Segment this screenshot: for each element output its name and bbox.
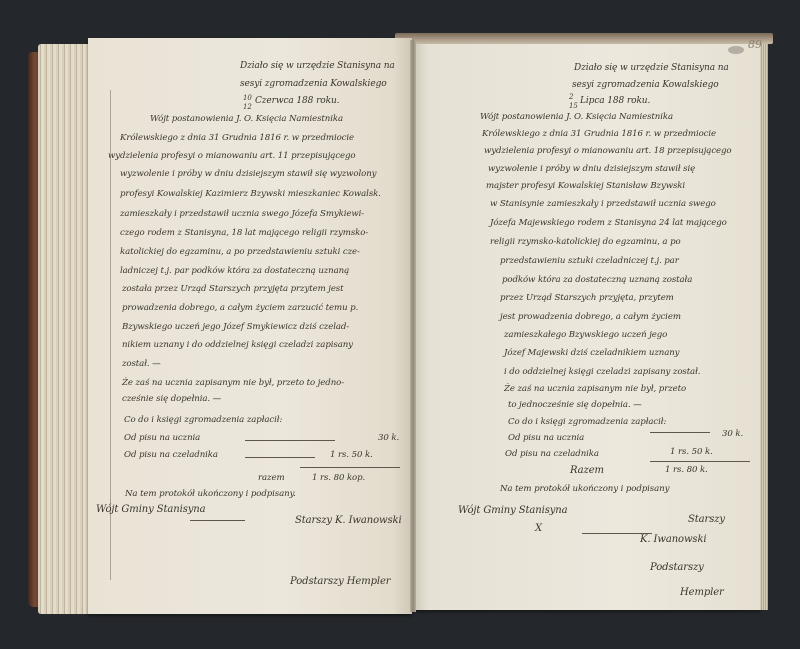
right-heading-line: Działo się w urzędzie Stanisyna na — [574, 64, 729, 73]
right-body-line: i do oddzielnej księgi czeladzi zapisany… — [504, 368, 700, 377]
right-body-line: w Stanisynie zamieszkały i przedstawił u… — [490, 200, 716, 209]
left-fee-label: Od pisu na ucznia — [124, 434, 200, 443]
left-body-line: Królewskiego z dnia 31 Grudnia 1816 r. w… — [120, 134, 354, 143]
left-body-line: została przez Urząd Starszych przyjęta p… — [122, 285, 343, 294]
right-body-line: Że zaś na ucznia zapisanym nie był, prze… — [504, 385, 686, 394]
right-fee-amount: 30 k. — [722, 430, 743, 439]
page-edges-top — [395, 33, 773, 44]
left-body-line: ladniczej t.j. par podków która za dosta… — [120, 267, 349, 276]
left-fee-amount: 30 k. — [378, 434, 399, 443]
left-closing: Na tem protokół ukończony i podpisany. — [125, 490, 296, 499]
left-body-line: Wójt postanowienia J. O. Księcia Namiest… — [150, 115, 343, 124]
left-body-line: czego rodem z Stanisyna, 18 lat mającego… — [120, 229, 368, 238]
right-total-label: Razem — [570, 466, 604, 476]
right-body-line: wydzielenia profesyi o mianowaniu art. 1… — [484, 147, 732, 156]
left-body-line: prowadzenia dobrego, a całym życiem zarz… — [122, 304, 358, 313]
left-body-line: wydzielenia profesyi o mianowaniu art. 1… — [108, 152, 356, 161]
right-body-line: Wójt postanowienia J. O. Księcia Namiest… — [480, 113, 673, 122]
left-fee-amount: 1 rs. 50 k. — [330, 451, 373, 460]
right-fee-label: Od pisu na czeladnika — [505, 450, 599, 459]
left-signature: Podstarszy Hempler — [290, 577, 391, 587]
right-signature: Hempler — [680, 588, 724, 598]
sum-rule — [300, 467, 400, 468]
ink-stain — [728, 46, 744, 54]
left-body-line: został. — — [122, 360, 161, 369]
right-signature: Podstarszy — [650, 563, 704, 573]
open-ledger: 89 Działo się w urzędzie Stanisyna na se… — [0, 0, 800, 649]
right-body-line: zamieszkałego Bzywskiego uczeń jego — [504, 331, 667, 340]
page-number: 89 — [748, 38, 762, 51]
right-body-line: przedstawieniu sztuki czeladniczej t.j. … — [500, 257, 679, 266]
right-signature: Wójt Gminy Stanisyna — [458, 506, 568, 516]
left-total-amount: 1 rs. 80 kop. — [312, 474, 365, 483]
sum-rule — [650, 461, 750, 462]
right-closing: Na tem protokół ukończony i podpisany — [500, 485, 669, 494]
fee-dash-rule — [245, 457, 315, 458]
right-body-line: Królewskiego z dnia 31 Grudnia 1816 r. w… — [482, 130, 716, 139]
left-body-line: nikiem uznany i do oddzielnej księgi cze… — [122, 341, 353, 350]
left-body-line: zamieszkały i przedstawił ucznia swego J… — [120, 210, 364, 219]
left-body-line: Co do i księgi zgromadzenia zapłacił: — [124, 416, 282, 425]
book-gutter — [410, 40, 416, 612]
right-body-line: Józef Majewski dziś czeladnikiem uznany — [504, 349, 679, 358]
right-body-line: podków która za dostateczną uznaną zosta… — [502, 276, 692, 285]
right-heading-line: Lipca 188 roku. — [580, 97, 650, 106]
left-heading-line: sesyi zgromadzenia Kowalskiego — [240, 80, 387, 89]
left-body-line: profesyi Kowalskiej Kazimierz Bzywski mi… — [120, 190, 381, 199]
right-body-line: Co do i księgi zgromadzenia zapłacił: — [508, 418, 666, 427]
right-fee-label: Od pisu na ucznia — [508, 434, 584, 443]
right-body-line: jest prowadzenia dobrego, a całym życiem — [500, 313, 681, 322]
left-date-numerator: 10 — [243, 95, 252, 102]
right-body-line: religii rzymsko-katolickiej do egzaminu,… — [490, 238, 681, 247]
right-body-line: Józefa Majewskiego rodem z Stanisyna 24 … — [490, 219, 727, 228]
right-date-numerator: 2 — [569, 94, 573, 101]
page-edges-right — [760, 44, 768, 610]
left-body-line: Że zaś na ucznia zapisanym nie był, prze… — [122, 379, 344, 388]
left-body-line: cześnie się dopełnia. — — [122, 395, 221, 404]
left-body-line: Bzywskiego uczeń jego Józef Smykiewicz d… — [122, 323, 349, 332]
left-body-line: wyzwolenie i próby w dniu dzisiejszym st… — [120, 170, 376, 179]
left-fee-label: Od pisu na czeladnika — [124, 451, 218, 460]
left-heading-line: Czerwca 188 roku. — [255, 97, 339, 106]
left-heading-line: Działo się w urzędzie Stanisyna na — [240, 62, 395, 71]
right-body-line: przez Urząd Starszych przyjęta, przytem — [500, 294, 674, 303]
left-total-label: razem — [258, 474, 285, 483]
right-body-line: wyzwolenie i próby w dniu dzisiejszym st… — [488, 165, 695, 174]
right-total-amount: 1 rs. 80 k. — [665, 466, 708, 475]
fee-dash-rule — [245, 440, 335, 441]
left-body-line: katolickiej do egzaminu, a po przedstawi… — [120, 248, 360, 257]
right-heading-line: sesyi zgromadzenia Kowalskiego — [572, 81, 719, 90]
signature-rule — [190, 520, 245, 521]
left-signature: Starszy K. Iwanowski — [295, 516, 402, 526]
right-signature-mark: X — [535, 524, 542, 534]
left-date-denominator: 12 — [243, 104, 252, 111]
fee-dash-rule — [650, 432, 710, 433]
left-signature: Wójt Gminy Stanisyna — [96, 505, 206, 515]
right-body-line: majster profesyi Kowalskiej Stanisław Bz… — [486, 182, 685, 191]
right-signature: Starszy — [688, 515, 725, 525]
right-date-denominator: 15 — [569, 103, 578, 110]
right-body-line: to jednocześnie się dopełnia. — — [508, 401, 642, 410]
right-signature: K. Iwanowski — [640, 535, 707, 545]
right-fee-amount: 1 rs. 50 k. — [670, 448, 713, 457]
